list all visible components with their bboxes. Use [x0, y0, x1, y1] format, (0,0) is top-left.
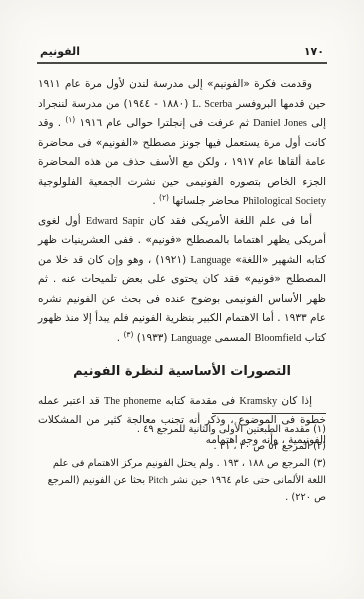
text-run: أما فى علم اللغة الأمريكى فقد كان: [144, 215, 312, 227]
text-run: ثم عرفت فى إنجلترا حوالى عام ١٩١٦: [75, 117, 253, 129]
footnote-marker: (٢): [159, 193, 169, 202]
latin-text-run: The phoneme: [104, 396, 161, 407]
footnote-separator: [212, 413, 326, 414]
latin-text-run: Kramsky: [239, 396, 277, 407]
text-run: (١٩٣٣): [133, 332, 170, 344]
footnote-3: (٣) المرجع ص ١٨٨ ، ١٩٣ . ولم يحتل الفوني…: [38, 455, 326, 506]
footnote-marker: (٣): [123, 330, 133, 339]
footnote-2: (٢) المرجع ٥٢ ص ٣٠ ، ٣١ .: [38, 438, 326, 455]
text-run: إذا كان: [277, 395, 312, 407]
footnote-marker: (١): [65, 115, 75, 124]
text-run: (٢) المرجع ٥٢ ص ٣٠ ، ٣١ .: [214, 441, 327, 452]
section-heading: التصورات الأساسية لنظرة الفونيم: [38, 362, 326, 382]
latin-text-run: L. Scerba: [192, 99, 232, 110]
paragraph-2: أما فى علم اللغة الأمريكى فقد كان Edward…: [38, 212, 326, 349]
book-page: ١٧٠ الفونيم وقدمت فكرة «الفونيم» إلى مدر…: [0, 0, 364, 599]
latin-text-run: Language: [171, 333, 212, 344]
text-run: فى مقدمة كتابه: [161, 395, 239, 407]
latin-text-run: Philological Society: [243, 196, 326, 207]
running-title: الفونيم: [40, 45, 80, 58]
latin-text-run: Pitch: [148, 475, 168, 486]
latin-text-run: Bloomfield: [255, 333, 302, 344]
page-header: ١٧٠ الفونيم: [40, 45, 324, 58]
latin-text-run: Daniel Jones: [253, 118, 307, 129]
paragraph-1: وقدمت فكرة «الفونيم» إلى مدرسة لندن لأول…: [38, 75, 326, 212]
body-text: وقدمت فكرة «الفونيم» إلى مدرسة لندن لأول…: [38, 75, 326, 450]
footnote-1: (١) مقدمة الطبعتين الأولى والثانية للمرج…: [38, 421, 326, 438]
text-run: محاضر جلساتها: [169, 195, 243, 207]
page-number: ١٧٠: [304, 45, 324, 58]
text-run: (١) مقدمة الطبعتين الأولى والثانية للمرج…: [137, 424, 326, 435]
latin-text-run: Language: [190, 255, 231, 266]
text-run: (١٩٢١) ، وهو وإن كان قد خلا من المصطلح «…: [38, 254, 326, 344]
footnotes: (١) مقدمة الطبعتين الأولى والثانية للمرج…: [38, 413, 326, 506]
latin-text-run: Edward Sapir: [86, 216, 144, 227]
text-run: المسمى: [211, 332, 254, 344]
header-rule: [37, 62, 327, 64]
